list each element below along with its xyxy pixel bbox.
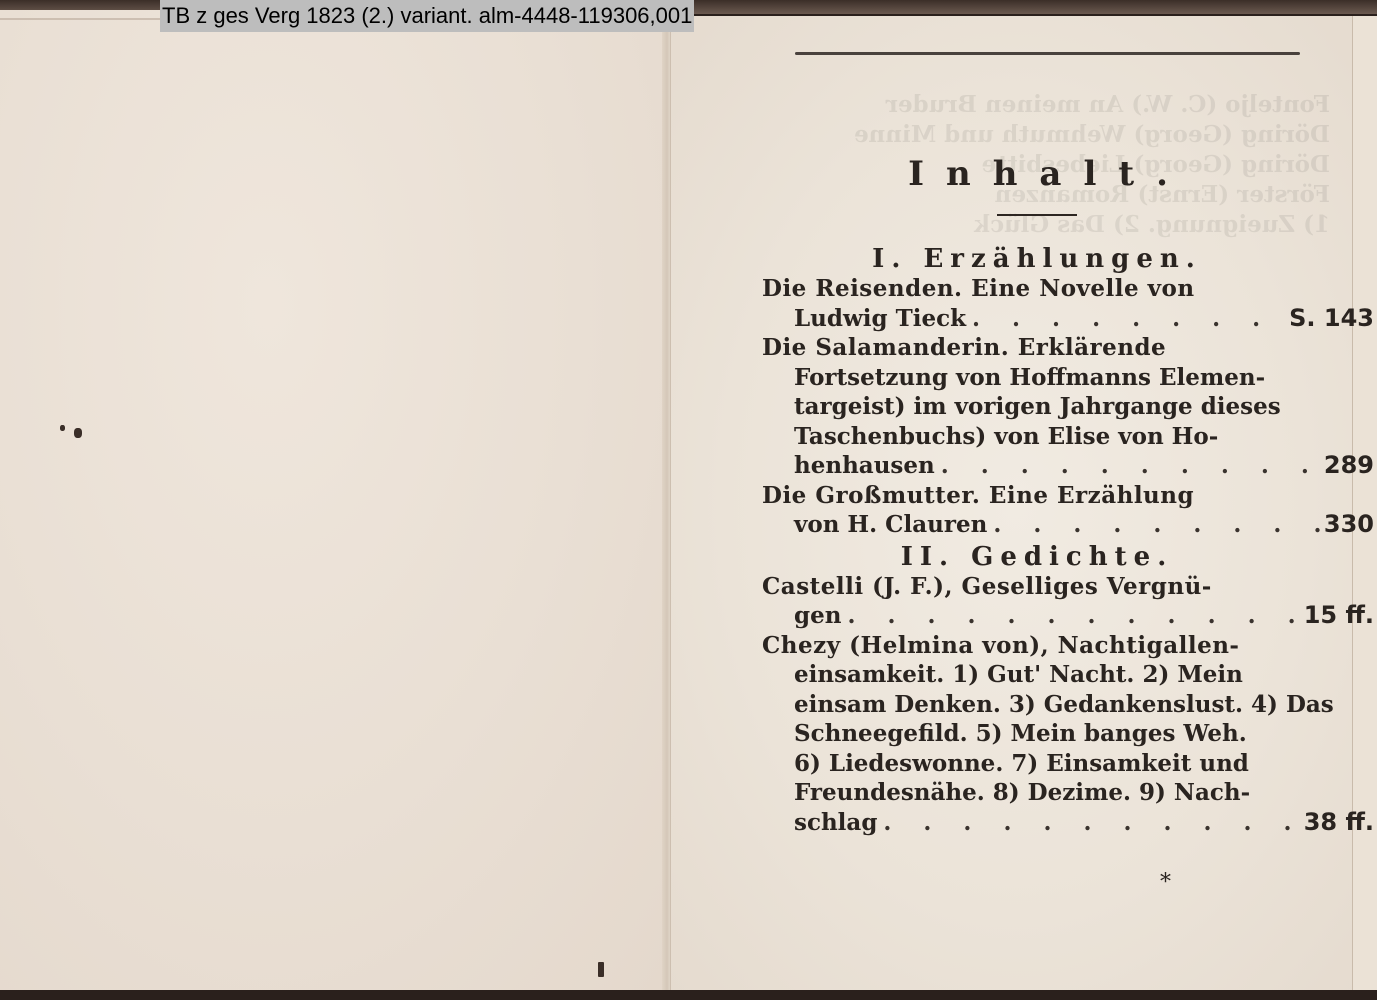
toc-title: Inhalt. <box>786 150 1312 198</box>
right-page-edge <box>1352 16 1377 992</box>
page-number: 38 ff. <box>1304 808 1374 838</box>
entry-leader-line: henhausen . . . . . . . . . . . . . . . … <box>762 451 1312 481</box>
book-spread-scan: Fonteljo (C. W.) An meinen Bruder Döring… <box>0 0 1377 1000</box>
entry-line: Schneegefild. 5) Mein banges Weh. <box>762 719 1312 749</box>
scanner-bottom-edge <box>0 990 1377 1000</box>
entry-line: Die Salamanderin. Erklärende <box>762 333 1312 363</box>
entry-leader-line: gen . . . . . . . . . . . . . . . . . . … <box>762 601 1312 631</box>
toc-entry-castelli: Castelli (J. F.), Geselliges Vergnü- gen… <box>762 572 1312 631</box>
title-rule <box>997 214 1077 216</box>
ornament-asterisk: * <box>1160 870 1171 895</box>
entry-line: gen <box>794 601 841 631</box>
page-number: S. 143 <box>1289 304 1374 334</box>
toc-entry-die-reisenden: Die Reisenden. Eine Novelle von Ludwig T… <box>762 274 1312 333</box>
entry-line: von H. Clauren <box>794 510 987 540</box>
entry-line: targeist) im vorigen Jahrgange dieses <box>762 392 1312 422</box>
catalog-label: TB z ges Verg 1823 (2.) variant. alm-444… <box>160 0 694 32</box>
entry-line: Ludwig Tieck <box>794 304 966 334</box>
toc-entry-die-salamanderin: Die Salamanderin. Erklärende Fortsetzung… <box>762 333 1312 481</box>
entry-line: einsam Denken. 3) Gedankenslust. 4) Das <box>762 690 1312 720</box>
entry-line: Castelli (J. F.), Geselliges Vergnü- <box>762 572 1312 602</box>
page-number: 15 ff. <box>1304 601 1374 631</box>
header-rule <box>795 52 1300 55</box>
entry-line: Taschenbuchs) von Elise von Ho- <box>762 422 1312 452</box>
entry-line: schlag <box>794 808 877 838</box>
dot-leader: . . . . . . . . . . . . . . . . . . . . <box>841 601 1303 631</box>
entry-line: Chezy (Helmina von), Nachtigallen- <box>762 631 1312 661</box>
paper-speck <box>74 428 82 438</box>
entry-line: Die Reisenden. Eine Novelle von <box>762 274 1312 304</box>
dot-leader: . . . . . . . . . . . . . . . . . . . . <box>966 304 1289 334</box>
section-heading-erzaehlungen: I. Erzählungen. <box>762 244 1312 274</box>
entry-leader-line: von H. Clauren . . . . . . . . . . . . .… <box>762 510 1312 540</box>
table-of-contents: Inhalt. I. Erzählungen. Die Reisenden. E… <box>762 150 1312 837</box>
page-number: 330 <box>1324 510 1374 540</box>
dot-leader: . . . . . . . . . . . . . . . . . . . . <box>987 510 1324 540</box>
toc-entry-die-grossmutter: Die Großmutter. Eine Erzählung von H. Cl… <box>762 481 1312 540</box>
dot-leader: . . . . . . . . . . . . . . . . . . . . <box>877 808 1303 838</box>
entry-line: henhausen <box>794 451 935 481</box>
entry-line: Die Großmutter. Eine Erzählung <box>762 481 1312 511</box>
paper-speck <box>60 425 65 431</box>
entry-line: Freundesnähe. 8) Dezime. 9) Nach- <box>762 778 1312 808</box>
left-page-blank <box>0 10 670 992</box>
entry-line: Fortsetzung von Hoffmanns Elemen- <box>762 363 1312 393</box>
entry-leader-line: schlag . . . . . . . . . . . . . . . . .… <box>762 808 1312 838</box>
dot-leader: . . . . . . . . . . . . . . . . . . . . <box>935 451 1324 481</box>
entry-line: 6) Liedeswonne. 7) Einsamkeit und <box>762 749 1312 779</box>
section-heading-gedichte: II. Gedichte. <box>762 542 1312 572</box>
entry-line: einsamkeit. 1) Gut' Nacht. 2) Mein <box>762 660 1312 690</box>
paper-speck <box>598 962 604 977</box>
toc-entry-chezy: Chezy (Helmina von), Nachtigallen- einsa… <box>762 631 1312 838</box>
page-number: 289 <box>1324 451 1374 481</box>
entry-leader-line: Ludwig Tieck . . . . . . . . . . . . . .… <box>762 304 1312 334</box>
